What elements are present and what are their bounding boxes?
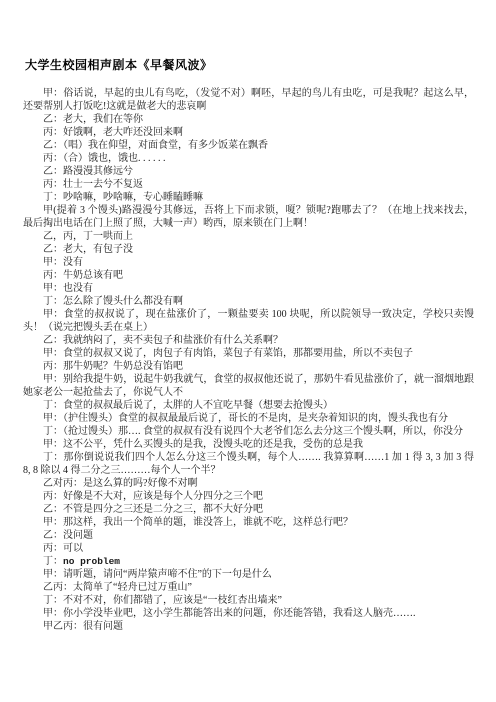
script-line: 甲：没有 (23, 256, 474, 269)
script-body: 甲：俗话说，早起的虫儿有鸟吃，（发觉不对）啊呸，早起的鸟儿有虫吃，可是我呢？起这… (23, 87, 474, 633)
script-line: 丙：可以 (23, 542, 474, 555)
script-line: 丙：（合）饿也，饿也. . . . . . (23, 152, 474, 165)
script-line: 甲：俗话说，早起的虫儿有鸟吃，（发觉不对）啊呸，早起的鸟儿有虫吃，可是我呢？起这… (23, 87, 474, 113)
script-line: 乙：没问题 (23, 529, 474, 542)
script-line: 乙，丙，丁一哄而上 (23, 230, 474, 243)
script-line: 甲(提着 3 个馒头)路漫漫兮其修远，吾将上下而求锁，嗄？锁呢?跑哪去了？（在地… (23, 204, 474, 230)
script-line: 乙对丙：是这么算的吗?好像不对啊 (23, 477, 474, 490)
script-line: 甲：请听题，请问“两岸猿声啼不住”的下一句是什么 (23, 568, 474, 581)
script-line: 甲：这不公平，凭什么买馒头的是我，没馒头吃的还是我，受伤的总是我 (23, 438, 474, 451)
script-line: 丙：那牛奶呢？牛奶总没有馅吧 (23, 360, 474, 373)
script-line: 丁：怎么除了馒头什么都没有啊 (23, 295, 474, 308)
document-content: 大学生校园相声剧本《早餐风波》 甲：俗话说，早起的虫儿有鸟吃，（发觉不对）啊呸，… (0, 0, 496, 633)
script-line: 丁：不对不对，你们都错了，应该是“一枝红杏出墙来” (23, 594, 474, 607)
script-line: 丙：壮士一去兮不复返 (23, 178, 474, 191)
script-line: 乙：路漫漫其修远兮 (23, 165, 474, 178)
script-line: 乙：老大，有包子没 (23, 243, 474, 256)
script-line: 甲乙丙：很有问题 (23, 620, 474, 633)
document-title: 大学生校园相声剧本《早餐风波》 (25, 58, 474, 73)
script-line: 丁：（抢过馒头）那…. 食堂的叔叔有没有说四个大老爷们怎么去分这三个馒头啊，所以… (23, 425, 474, 438)
latin-text: no problem (63, 556, 120, 567)
script-line: 甲：食堂的叔叔说了，现在盐涨价了，一颗盐要卖 100 块呢，所以院领导一致决定，… (23, 308, 474, 334)
script-line: 乙丙：太简单了“轻舟已过万重山” (23, 581, 474, 594)
script-line: 甲：也没有 (23, 282, 474, 295)
script-line: 乙：（唱）我在仰望，对面食堂，有多少饭菜在飘香 (23, 139, 474, 152)
script-line: 甲：（护住馒头）食堂的叔叔最最后说了，哥长的不是肉，是夹杂着知识的肉，馒头我也有… (23, 412, 474, 425)
script-line: 甲：别给我提牛奶，说起牛奶我就气，食堂的叔叔他还说了，那奶牛看见盐涨价了，就一溜… (23, 373, 474, 399)
script-line: 乙：我就纳闷了，卖不卖包子和盐涨价有什么关系啊？ (23, 334, 474, 347)
document-page: 大学生校园相声剧本《早餐风波》 甲：俗话说，早起的虫儿有鸟吃，（发觉不对）啊呸，… (0, 0, 496, 702)
script-line: 丙：牛奶总该有吧 (23, 269, 474, 282)
script-line: 甲：你小学没毕业吧，这小学生都能答出来的问题，你还能答错，我看这人脑壳……. (23, 607, 474, 620)
script-line: 乙：老大，我们在等你 (23, 113, 474, 126)
script-line: 丙：好像是不大对，应该是每个人分四分之三个吧 (23, 490, 474, 503)
script-line: 丙：好饿啊，老大咋还没回来啊 (23, 126, 474, 139)
script-line: 甲：那这样，我出一个简单的题，谁没答上，谁就不吃，这样总行吧？ (23, 516, 474, 529)
script-line: 甲：食堂的叔叔又说了，肉包子有肉馅，菜包子有菜馅，那都要用盐，所以不卖包子 (23, 347, 474, 360)
script-line: 丁：吵啥嘛，吵啥嘛，专心睡瞌睡嘛 (23, 191, 474, 204)
script-line: 丁：食堂的叔叔最后说了，太胖的人不宜吃早餐（想要去抢馒头） (23, 399, 474, 412)
script-line: 丁：那你倒说说我们四个人怎么分这三个馒头啊，每个人……. 我算算啊……1 加 1… (23, 451, 474, 477)
script-line-no-problem: 丁：no problem (23, 555, 474, 568)
speaker-label: 丁： (43, 556, 63, 567)
script-line: 乙：不管是四分之三还是二分之三，都不大好分吧 (23, 503, 474, 516)
